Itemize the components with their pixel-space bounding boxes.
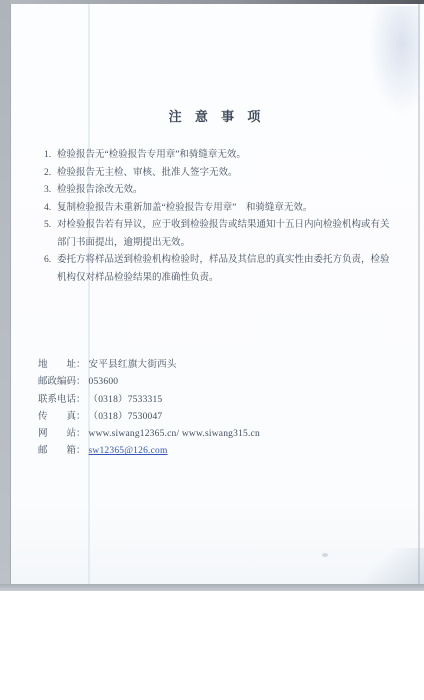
contact-value-postcode: 053600: [89, 374, 119, 391]
page-title: 注 意 事 项: [10, 106, 424, 125]
email-link[interactable]: sw12365@126.com: [89, 443, 168, 460]
note-number: 3.: [44, 182, 57, 200]
note-item: 5. 对检验报告若有异议，应于收到检验报告或结果通知十五日内向检验机构或有关部门…: [44, 217, 396, 252]
note-text: 委托方将样品送到检验机构检验时，样品及其信息的真实性由委托方负责，检验机构仅对样…: [57, 252, 396, 287]
scan-speck-artifact: [322, 553, 328, 557]
contact-label: 传真: [38, 409, 76, 426]
contact-label: 地址: [38, 357, 76, 374]
contact-row-email: 邮箱： sw12365@126.com: [38, 443, 378, 460]
contact-label: 网站: [38, 426, 76, 443]
note-number: 5.: [44, 217, 57, 252]
contact-label: 邮箱: [38, 443, 76, 460]
note-text: 检验报告涂改无效。: [57, 182, 396, 200]
paper-page: [11, 2, 424, 584]
scan-shadow-bottom-right: [354, 548, 424, 584]
scanned-document: 注 意 事 项 1. 检验报告无“检验报告专用章”和骑缝章无效。 2. 检验报告…: [0, 0, 424, 700]
contact-row-postcode: 邮政编码： 053600: [38, 374, 378, 391]
note-number: 1.: [44, 147, 57, 165]
contact-label: 联系电话: [38, 392, 76, 409]
contact-value-fax: （0318）7530047: [89, 409, 163, 426]
note-item: 3. 检验报告涂改无效。: [44, 182, 396, 200]
scan-margin-strip: [0, 0, 11, 591]
note-number: 6.: [44, 252, 57, 287]
contact-row-address: 地址： 安平县红旗大街西头: [38, 357, 378, 374]
contact-colon: ：: [76, 392, 86, 409]
contact-colon: ：: [76, 426, 86, 443]
scan-smudge-top-right: [368, 6, 420, 116]
fold-line-artifact: [88, 2, 90, 584]
note-item: 2. 检验报告无主检、审核、批准人签字无效。: [44, 165, 396, 183]
note-number: 4.: [44, 200, 57, 218]
contact-label: 邮政编码: [38, 374, 76, 391]
contact-value-website: www.siwang12365.cn/ www.siwang315.cn: [89, 426, 260, 443]
note-text: 对检验报告若有异议，应于收到检验报告或结果通知十五日内向检验机构或有关部门书面提…: [57, 217, 396, 252]
contact-value-phone: （0318）7533315: [89, 392, 163, 409]
note-item: 1. 检验报告无“检验报告专用章”和骑缝章无效。: [44, 147, 396, 165]
notes-list: 1. 检验报告无“检验报告专用章”和骑缝章无效。 2. 检验报告无主检、审核、批…: [44, 147, 396, 287]
scan-edge-top: [10, 0, 424, 4]
note-text: 检验报告无主检、审核、批准人签字无效。: [57, 165, 396, 183]
contact-row-phone: 联系电话： （0318）7533315: [38, 392, 378, 409]
page-bottom-shadow: [0, 584, 424, 591]
contact-colon: ：: [76, 357, 86, 374]
note-item: 4. 复制检验报告未重新加盖“检验报告专用章” 和骑缝章无效。: [44, 200, 396, 218]
contact-row-fax: 传真： （0318）7530047: [38, 409, 378, 426]
contact-colon: ：: [76, 443, 86, 460]
contact-value-address: 安平县红旗大街西头: [89, 357, 177, 374]
contact-row-website: 网站： www.siwang12365.cn/ www.siwang315.cn: [38, 426, 378, 443]
note-item: 6. 委托方将样品送到检验机构检验时，样品及其信息的真实性由委托方负责，检验机构…: [44, 252, 396, 287]
note-text: 检验报告无“检验报告专用章”和骑缝章无效。: [57, 147, 396, 165]
note-text: 复制检验报告未重新加盖“检验报告专用章” 和骑缝章无效。: [57, 200, 396, 218]
contact-colon: ：: [76, 409, 86, 426]
contact-colon: ：: [76, 374, 86, 391]
contact-block: 地址： 安平县红旗大街西头 邮政编码： 053600 联系电话： （0318）7…: [38, 357, 378, 461]
note-number: 2.: [44, 165, 57, 183]
